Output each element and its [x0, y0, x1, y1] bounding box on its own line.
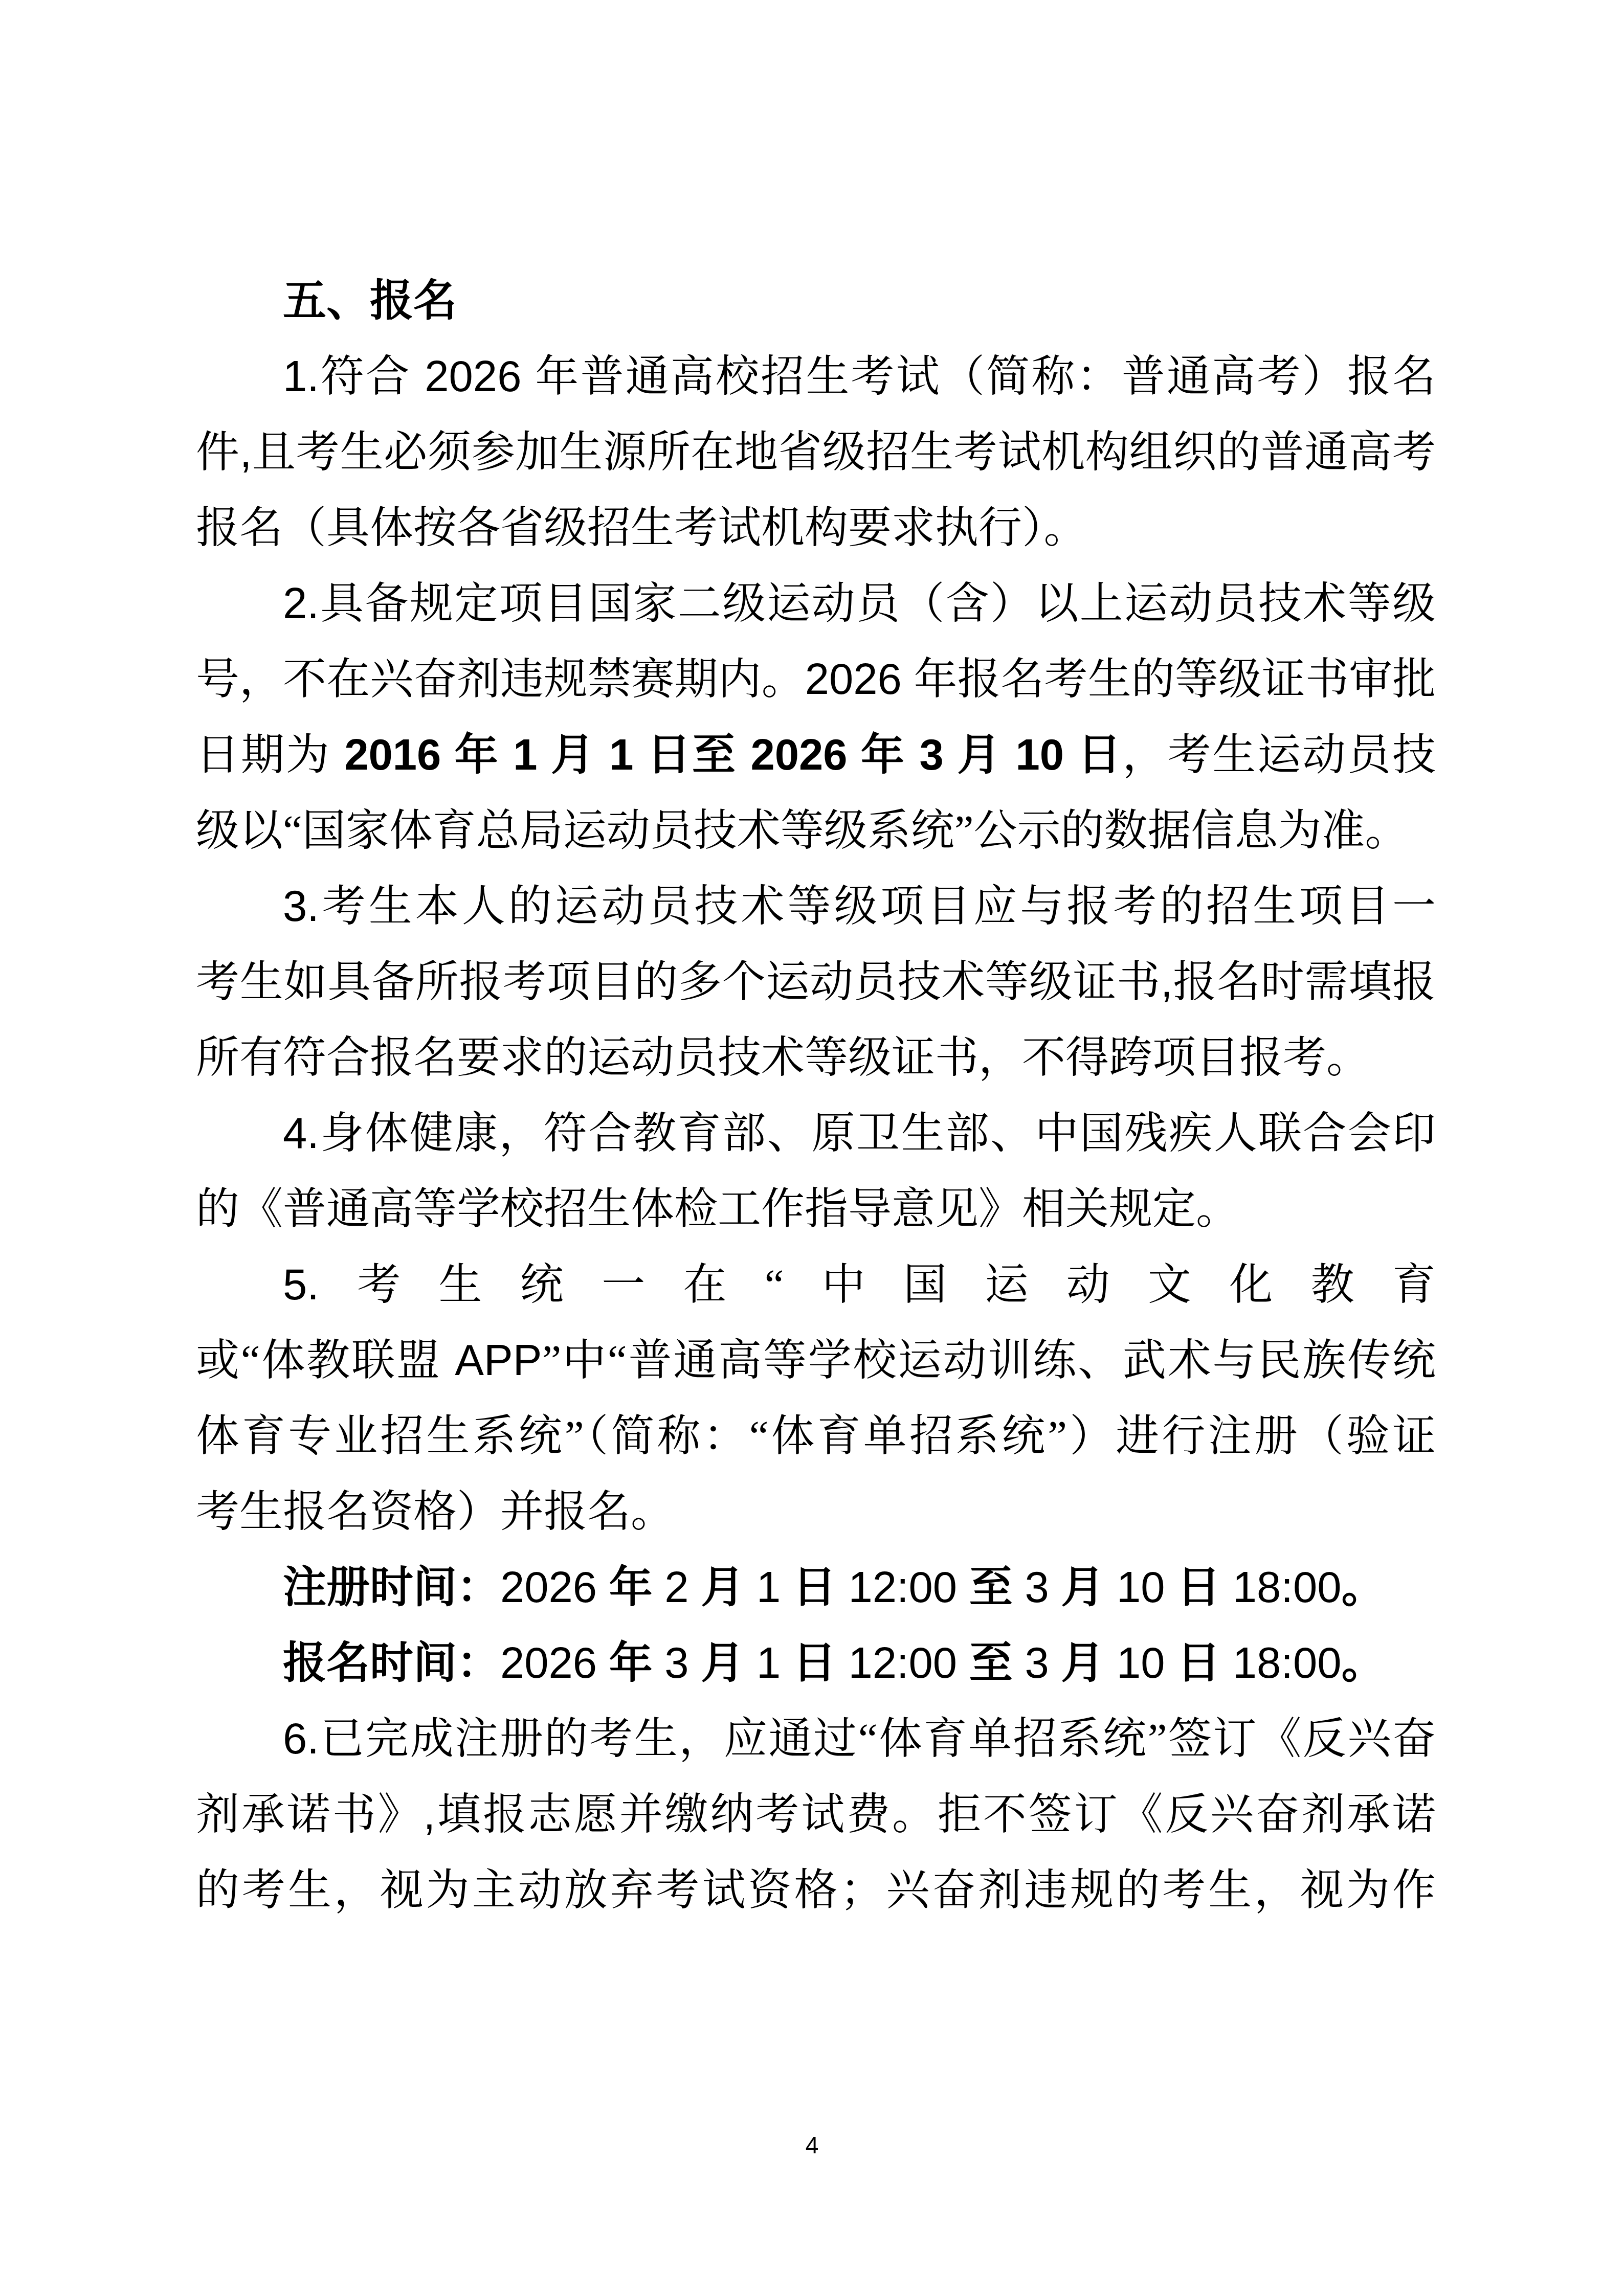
text-line: 考生报名资格）并报名。 — [196, 1474, 1436, 1550]
latin-text: , — [424, 1790, 436, 1839]
text-segment: 4.身体健康，符合教育部、原卫生部、中国残疾人联合会印发 — [283, 1110, 1436, 1172]
text-line: 日期为 2016 年 1 月 1 日至 2026 年 3 月 10 日，考生运动… — [196, 717, 1436, 793]
text-line: 体育专业招生系统”（简称：“体育单招系统”）进行注册（验证 — [196, 1399, 1436, 1474]
text-line: 件,且考生必须参加生源所在地省级招生考试机构组织的普通高考 — [196, 415, 1436, 490]
text-segment: 所有符合报名要求的运动员技术等级证书，不得跨项目报考。 — [196, 1034, 1370, 1082]
text-line: 级以“国家体育总局运动员技术等级系统”公示的数据信息为准。 — [196, 793, 1436, 869]
latin-text: 2026 — [411, 352, 536, 401]
text-line: 剂承诺书》,填报志愿并缴纳考试费。拒不签订《反兴奋剂承诺书》 — [196, 1777, 1436, 1853]
section-heading: 五、报名 — [196, 263, 1436, 339]
latin-text: 2 — [653, 1563, 701, 1612]
latin-text: 3 — [1013, 1639, 1061, 1687]
latin-text: 3 — [1013, 1563, 1061, 1612]
latin-text: 10 — [1104, 1639, 1177, 1687]
text-line: 6.已完成注册的考生，应通过“体育单招系统”签订《反兴奋 — [196, 1701, 1436, 1777]
text-line: 3.考生本人的运动员技术等级项目应与报考的招生项目一致， — [196, 869, 1436, 944]
latin-text: 2. — [283, 579, 319, 628]
text-line: 号，不在兴奋剂违规禁赛期内。2026 年报名考生的等级证书审批 — [196, 642, 1436, 717]
latin-text: 5. — [283, 1260, 319, 1309]
bold-text-segment: 五、报名 — [283, 277, 457, 325]
latin-text: 1 — [744, 1563, 793, 1612]
page-number: 4 — [0, 2127, 1624, 2163]
latin-text: 12:00 — [836, 1563, 969, 1612]
latin-text: , — [240, 428, 252, 477]
text-segment: 3.考生本人的运动员技术等级项目应与报考的招生项目一致， — [283, 883, 1436, 944]
latin-text: 2026 — [500, 1563, 609, 1612]
text-segment: 件,且考生必须参加生源所在地省级招生考试机构组织的普通高考 — [196, 429, 1436, 477]
text-segment: 的《普通高等学校招生体检工作指导意见》相关规定。 — [196, 1185, 1239, 1233]
text-line: 报名时间：2026 年 3 月 1 日 12:00 至 3 月 10 日 18:… — [196, 1626, 1436, 1701]
text-line: 或“体教联盟 APP”中“普通高等学校运动训练、武术与民族传统 — [196, 1323, 1436, 1399]
latin-text: 1 — [596, 731, 647, 779]
latin-text: 2026 — [737, 731, 861, 779]
latin-text: 3. — [283, 882, 319, 931]
latin-text: 2026 — [500, 1639, 609, 1687]
text-segment: 考生如具备所报考项目的多个运动员技术等级证书,报名时需填报 — [196, 958, 1436, 1006]
text-segment: 1.符合 2026 年普通高校招生考试（简称：普通高考）报名条 — [283, 353, 1436, 415]
text-line: 注册时间：2026 年 2 月 1 日 12:00 至 3 月 10 日 18:… — [196, 1550, 1436, 1626]
text-line: 4.身体健康，符合教育部、原卫生部、中国残疾人联合会印发 — [196, 1096, 1436, 1172]
text-segment: 或“体教联盟 APP”中“普通高等学校运动训练、武术与民族传统 — [196, 1337, 1436, 1385]
latin-text — [331, 731, 345, 779]
text-line: 2.具备规定项目国家二级运动员（含）以上运动员技术等级称 — [196, 566, 1436, 642]
latin-text: 1 — [500, 731, 551, 779]
text-segment: 报名（具体按各省级招生考试机构要求执行）。 — [196, 504, 1087, 552]
latin-text: 3 — [906, 731, 957, 779]
latin-text: 2026 — [805, 655, 914, 704]
latin-text: 18:00 — [1220, 1563, 1341, 1612]
text-segment: 2.具备规定项目国家二级运动员（含）以上运动员技术等级称 — [283, 580, 1436, 642]
text-line: 的考生，视为主动放弃考试资格；兴奋剂违规的考生，视为作弊， — [196, 1853, 1436, 1928]
text-segment: 号，不在兴奋剂违规禁赛期内。2026 年报名考生的等级证书审批 — [196, 656, 1436, 704]
text-segment: 体育专业招生系统”（简称：“体育单招系统”）进行注册（验证 — [196, 1412, 1436, 1460]
latin-text: 12:00 — [836, 1639, 969, 1687]
bold-text-segment: 2016 年 1 月 1 日至 2026 年 3 月 10 日 — [344, 731, 1122, 779]
latin-text: 1 — [744, 1639, 793, 1687]
latin-text: 4. — [283, 1109, 319, 1158]
text-segment: 级以“国家体育总局运动员技术等级系统”公示的数据信息为准。 — [196, 807, 1408, 855]
text-segment: 剂承诺书》,填报志愿并缴纳考试费。拒不签订《反兴奋剂承诺书》 — [196, 1791, 1436, 1853]
text-line: 1.符合 2026 年普通高校招生考试（简称：普通高考）报名条 — [196, 339, 1436, 415]
page-canvas: 五、报名1.符合 2026 年普通高校招生考试（简称：普通高考）报名条件,且考生… — [0, 0, 1624, 2296]
text-segment: 5.考生统一在“中国运动文化教育网”（www.ydyeducation.com） — [283, 1261, 1436, 1323]
latin-text: 1. — [283, 352, 319, 401]
bold-text-segment: 报名时间：2026 年 3 月 1 日 12:00 至 3 月 10 日 18:… — [283, 1639, 1385, 1687]
text-line: 所有符合报名要求的运动员技术等级证书，不得跨项目报考。 — [196, 1020, 1436, 1096]
latin-text: 2016 — [344, 731, 455, 779]
latin-text: 3 — [653, 1639, 701, 1687]
text-line: 报名（具体按各省级招生考试机构要求执行）。 — [196, 490, 1436, 566]
text-line: 考生如具备所报考项目的多个运动员技术等级证书,报名时需填报 — [196, 944, 1436, 1020]
text-segment: 日期为 — [196, 731, 344, 779]
latin-text: 6. — [283, 1715, 319, 1763]
text-segment: 的考生，视为主动放弃考试资格；兴奋剂违规的考生，视为作弊， — [196, 1866, 1436, 1928]
text-segment: 6.已完成注册的考生，应通过“体育单招系统”签订《反兴奋 — [283, 1715, 1436, 1763]
latin-text: APP — [441, 1336, 542, 1385]
text-line: 的《普通高等学校招生体检工作指导意见》相关规定。 — [196, 1172, 1436, 1247]
document-body: 五、报名1.符合 2026 年普通高校招生考试（简称：普通高考）报名条件,且考生… — [196, 263, 1436, 1928]
latin-text: 10 — [1002, 731, 1078, 779]
bold-text-segment: 注册时间：2026 年 2 月 1 日 12:00 至 3 月 10 日 18:… — [283, 1564, 1385, 1612]
latin-text: 10 — [1104, 1563, 1177, 1612]
text-segment: 考生报名资格）并报名。 — [196, 1488, 674, 1536]
text-line: 5.考生统一在“中国运动文化教育网”（www.ydyeducation.com） — [196, 1247, 1436, 1323]
latin-text: 18:00 — [1220, 1639, 1341, 1687]
latin-text: , — [1161, 958, 1173, 1006]
